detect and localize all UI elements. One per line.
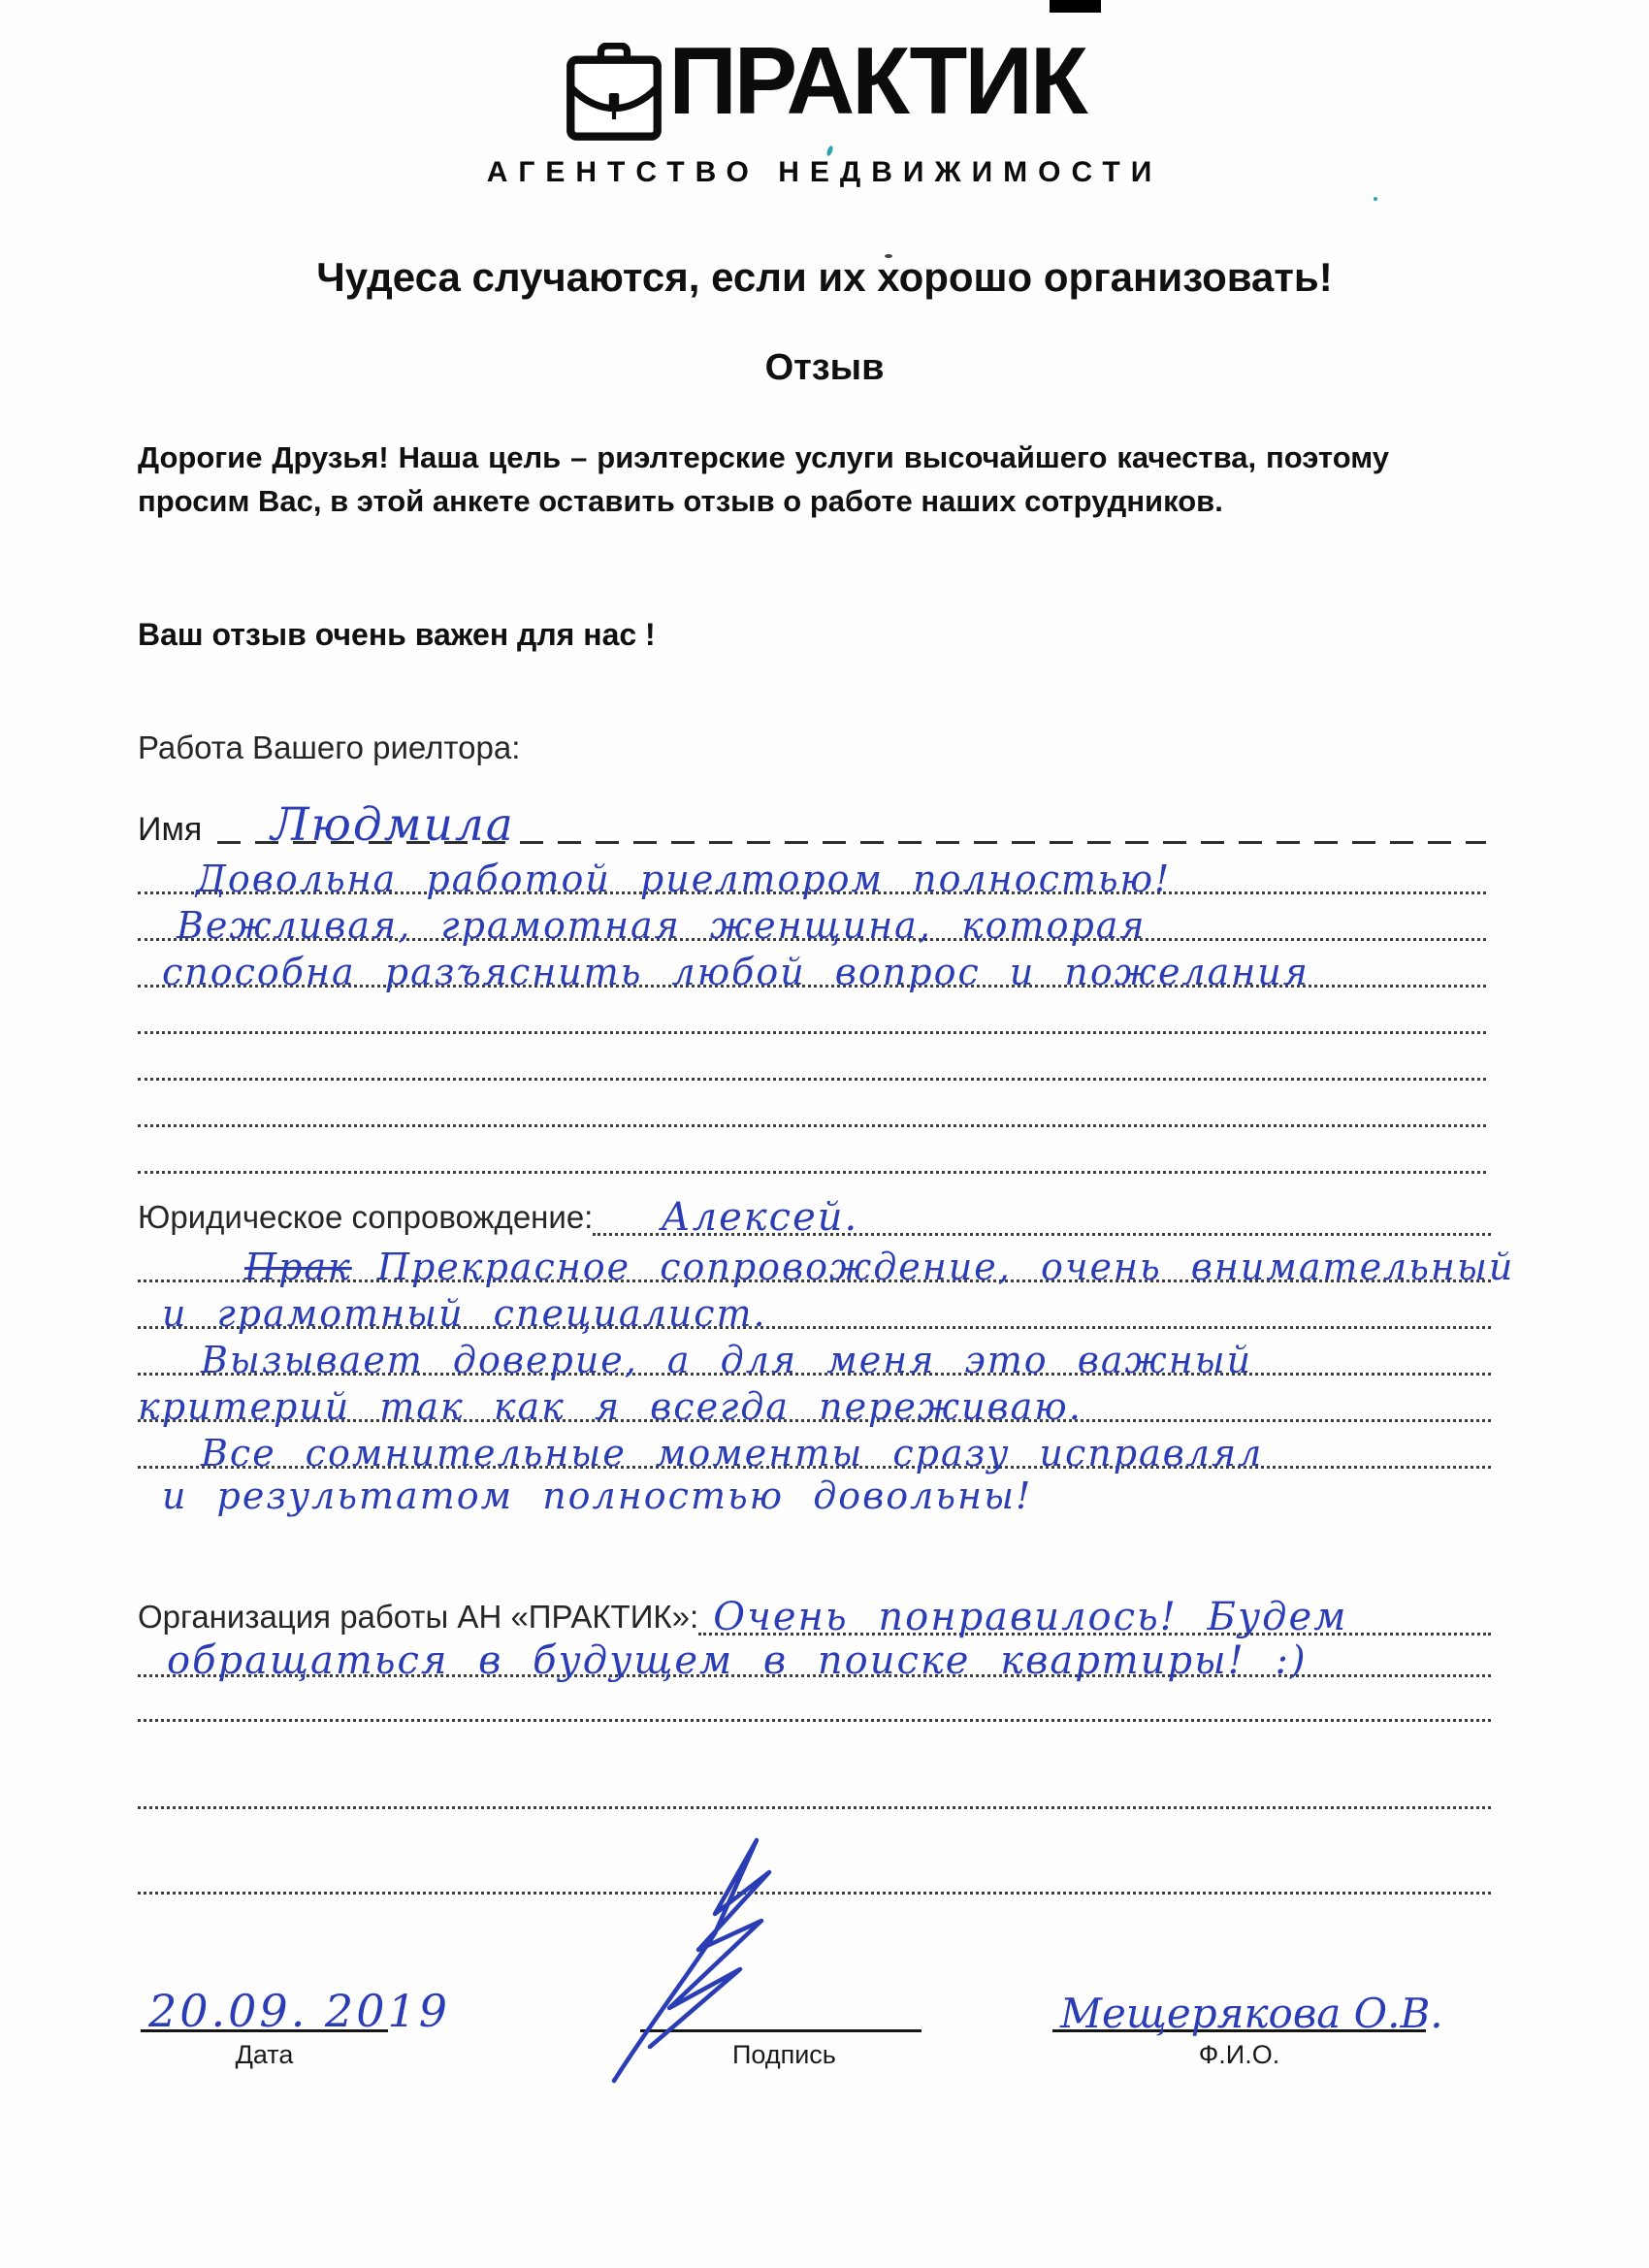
briefcase-icon bbox=[564, 43, 664, 148]
handwritten-line: ПракПрекрасное сопровождение, очень вним… bbox=[138, 1236, 1491, 1282]
section-label-realtor: Работа Вашего риелтора: bbox=[138, 729, 520, 766]
empty-dotted-line bbox=[138, 1081, 1486, 1127]
name-field-label: Имя bbox=[138, 812, 217, 848]
handwritten-line: Все сомнительные моменты сразу исправлял bbox=[138, 1422, 1491, 1469]
handwritten-line: и грамотный специалист. bbox=[138, 1282, 1491, 1329]
scan-speck bbox=[1374, 197, 1377, 201]
slogan-headline: Чудеса случаются, если их хорошо организ… bbox=[0, 254, 1649, 301]
signature-scribble bbox=[597, 1819, 888, 2095]
date-label: Дата bbox=[141, 2040, 388, 2070]
handwritten-line: Вызывает доверие, а для меня это важный bbox=[138, 1329, 1491, 1376]
section-legal-support: Юридическое сопровождение: Алексей. bbox=[138, 1195, 1491, 1236]
date-field: 20.09. 2019 Дата bbox=[141, 1979, 388, 2070]
fio-label: Ф.И.О. bbox=[1052, 2040, 1426, 2070]
handwritten-line: обращаться в будущем в поиске квартиры! … bbox=[138, 1636, 1491, 1677]
empty-dotted-line bbox=[138, 1677, 1491, 1722]
handwritten-legal-name: Алексей. bbox=[661, 1195, 858, 1240]
handwritten-line: критерий так как я всегда переживаю. bbox=[138, 1376, 1491, 1422]
scan-artifact-bar bbox=[1050, 0, 1101, 13]
fio-field: Мещерякова О.В. Ф.И.О. bbox=[1052, 1979, 1426, 2070]
brand-name: ПРАКТИК bbox=[668, 33, 1084, 128]
section-organization: Организация работы АН «ПРАКТИК»: Очень п… bbox=[138, 1593, 1491, 1636]
important-note: Ваш отзыв очень важен для нас ! bbox=[138, 617, 656, 653]
empty-dotted-line bbox=[138, 1127, 1486, 1174]
realtor-name-field: Имя Людмила bbox=[138, 801, 1486, 848]
signature-field: Подпись bbox=[640, 1979, 921, 2070]
name-field-line: Людмила bbox=[217, 801, 1486, 848]
legal-feedback-lines: ПракПрекрасное сопровождение, очень вним… bbox=[138, 1236, 1491, 1523]
legal-name-line: Алексей. bbox=[593, 1192, 1491, 1236]
handwritten-line: Очень понравилось! Будем bbox=[713, 1595, 1347, 1639]
organization-line: Очень понравилось! Будем bbox=[698, 1590, 1491, 1636]
fio-line: Мещерякова О.В. bbox=[1052, 1979, 1426, 2032]
handwritten-fio: Мещерякова О.В. bbox=[1060, 1990, 1443, 2037]
intro-paragraph: Дорогие Друзья! Наша цель – риэлтерские … bbox=[138, 437, 1389, 524]
scanned-feedback-form: ПРАКТИК АГЕНТСТВО НЕДВИЖИМОСТИ Чудеса сл… bbox=[0, 0, 1649, 2268]
handwritten-line: Довольна работой риелтором полностью! bbox=[138, 848, 1486, 894]
handwritten-line: способна разъяснить любой вопрос и пожел… bbox=[138, 941, 1486, 988]
brand-subtitle: АГЕНТСТВО НЕДВИЖИМОСТИ bbox=[487, 156, 1163, 189]
section-label-organization: Организация работы АН «ПРАКТИК»: bbox=[138, 1599, 698, 1636]
empty-dotted-line bbox=[138, 1034, 1486, 1081]
date-line: 20.09. 2019 bbox=[141, 1979, 388, 2032]
handwritten-realtor-name: Людмила bbox=[271, 798, 515, 852]
signature-line bbox=[640, 1979, 921, 2032]
handwritten-line: Вежливая, грамотная женщина, которая bbox=[138, 894, 1486, 941]
handwritten-line: и результатом полностью довольны! bbox=[138, 1469, 1491, 1523]
handwritten-date: 20.09. 2019 bbox=[148, 1985, 450, 2037]
empty-dotted-line bbox=[138, 988, 1486, 1034]
agency-logo: ПРАКТИК АГЕНТСТВО НЕДВИЖИМОСТИ bbox=[0, 33, 1649, 189]
realtor-feedback-lines: Довольна работой риелтором полностью! Ве… bbox=[138, 848, 1486, 1174]
section-label-legal: Юридическое сопровождение: bbox=[138, 1199, 593, 1236]
form-title: Отзыв bbox=[0, 347, 1649, 389]
empty-dotted-line bbox=[138, 1722, 1491, 1809]
